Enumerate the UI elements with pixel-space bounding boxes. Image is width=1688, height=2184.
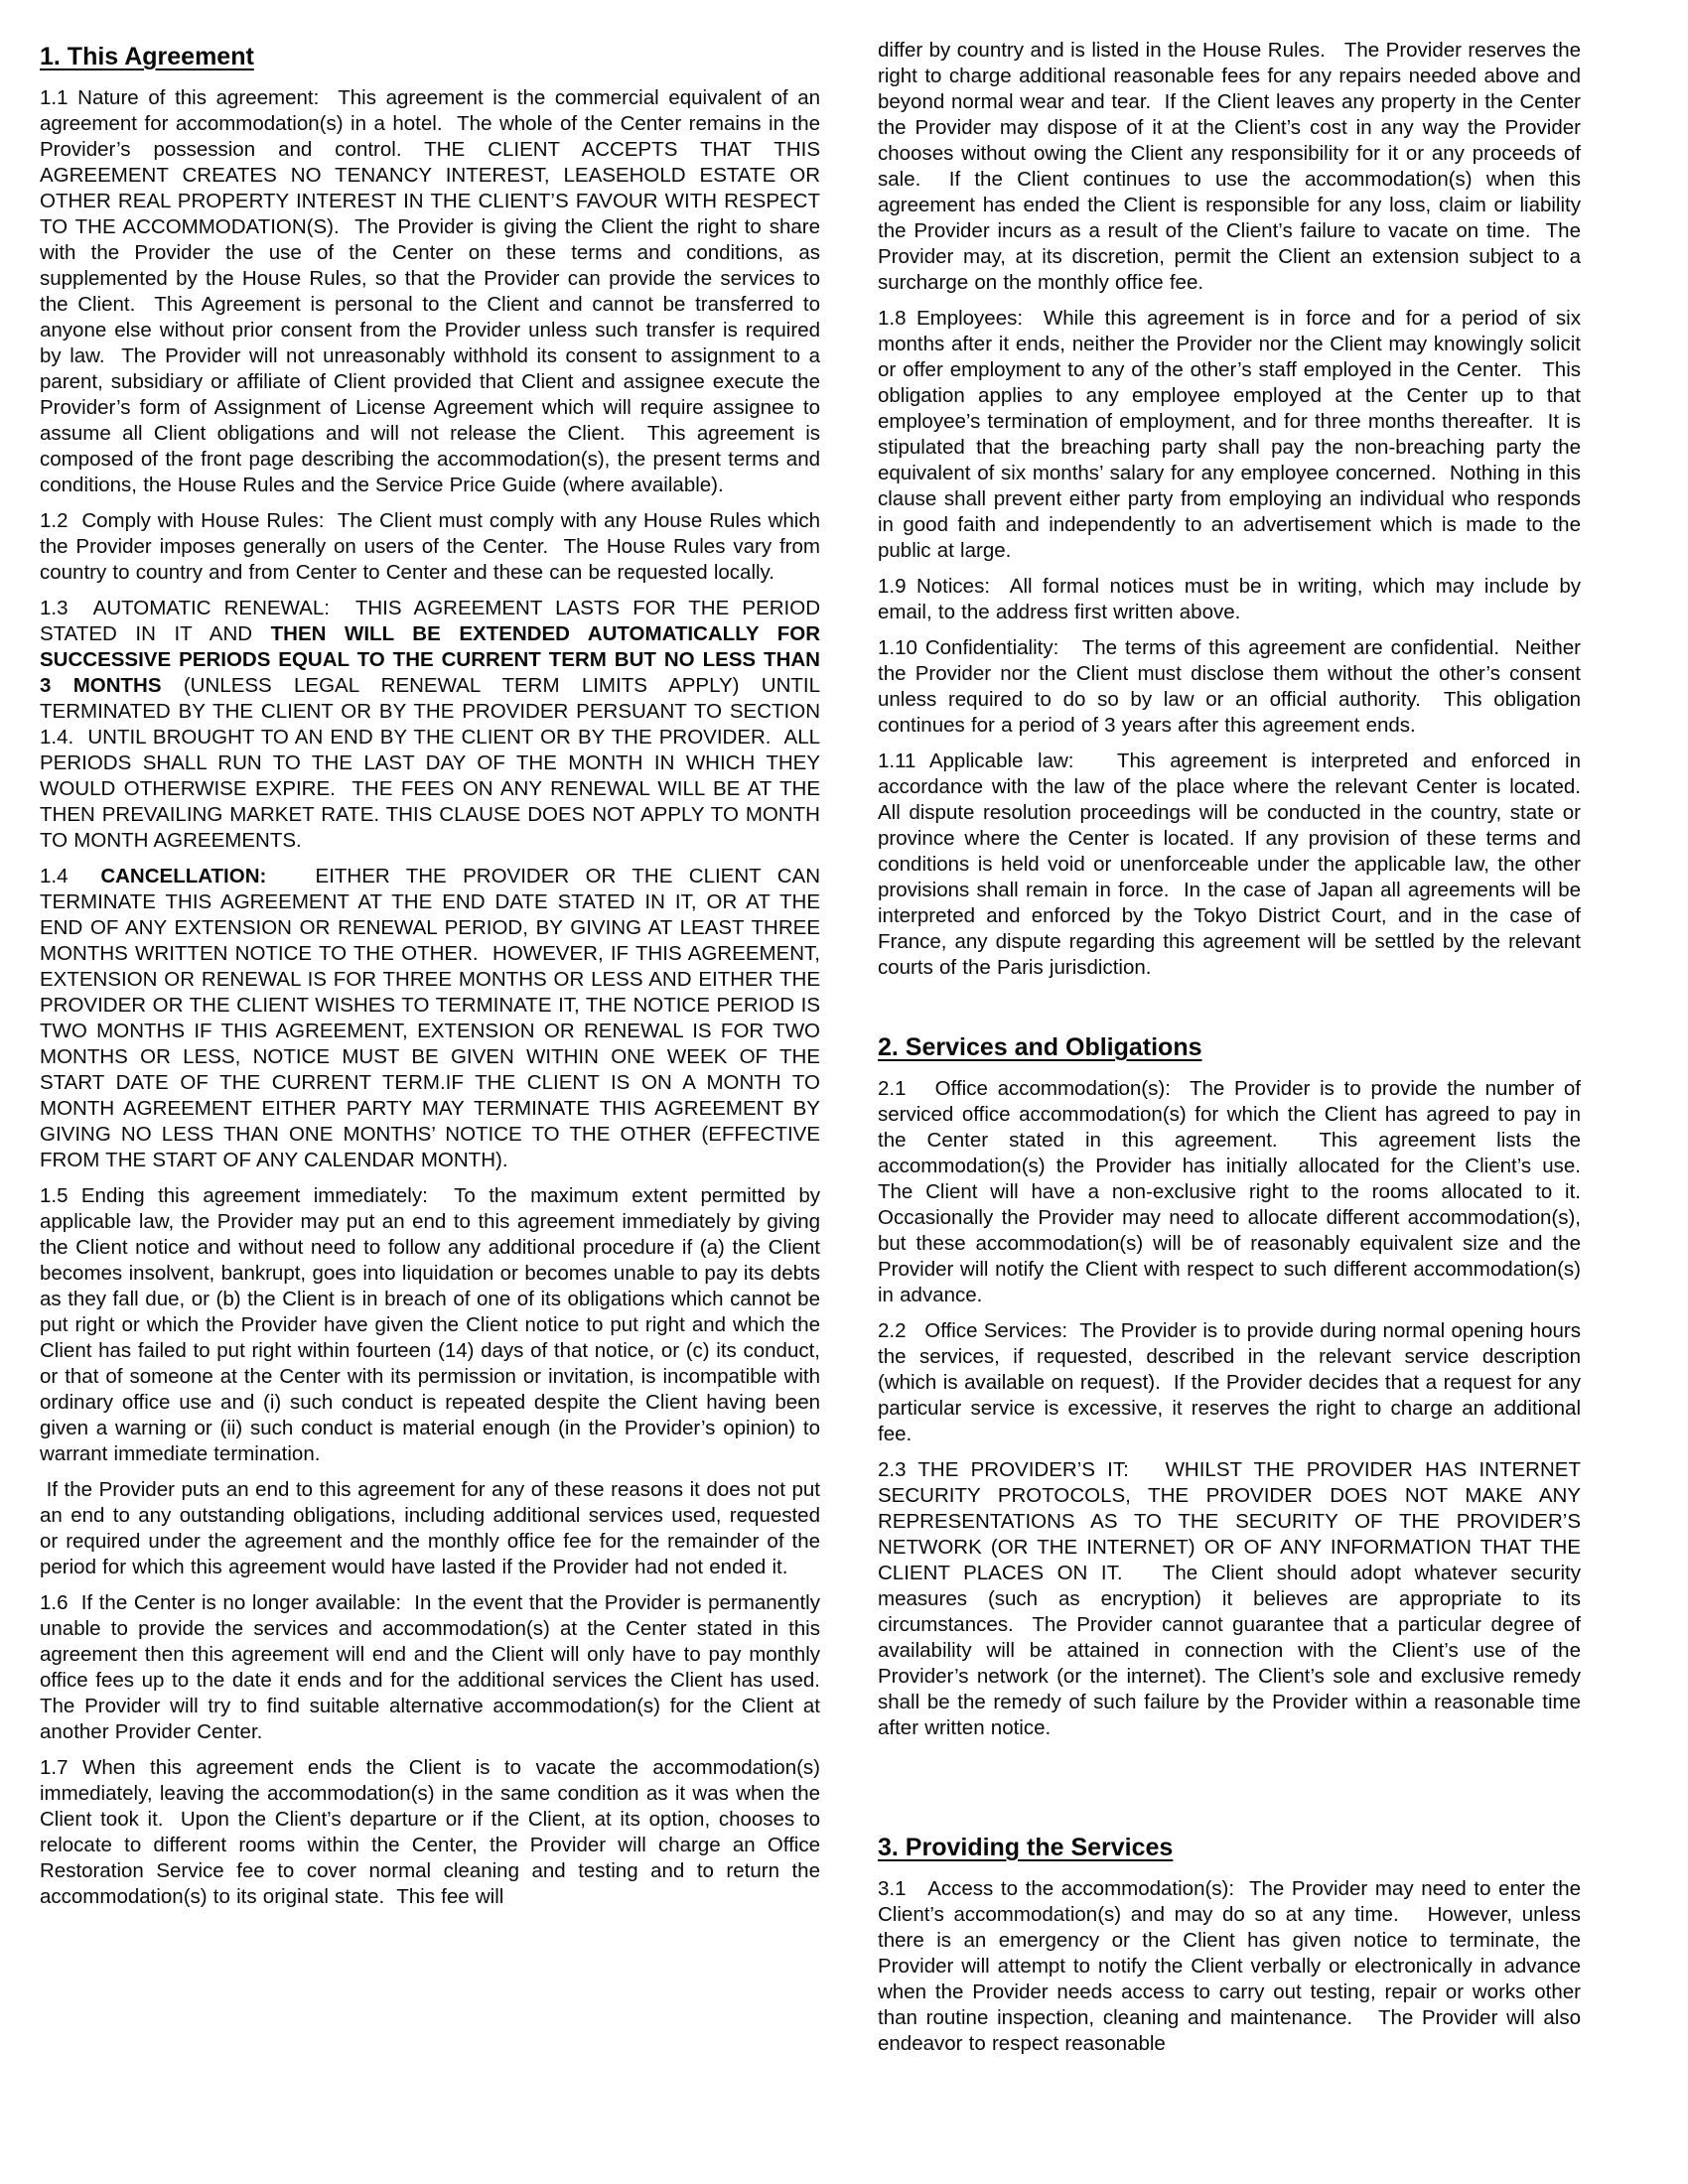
clause-1-3: 1.3 AUTOMATIC RENEWAL: THIS AGREEMENT LA… bbox=[40, 596, 820, 854]
clause-1-1: 1.1 Nature of this agreement: This agree… bbox=[40, 85, 820, 498]
document-page: 1. This Agreement 1.1 Nature of this agr… bbox=[0, 0, 1688, 2184]
section-heading-2-text: 2. Services and Obligations bbox=[878, 1033, 1202, 1061]
clause-2-3: 2.3 THE PROVIDER’S IT: WHILST THE PROVID… bbox=[878, 1457, 1581, 1741]
clause-1-3-post: (UNLESS LEGAL RENEWAL TERM LIMITS APPLY)… bbox=[40, 674, 826, 852]
clause-1-4-rest: EITHER THE PROVIDER OR THE CLIENT CAN TE… bbox=[40, 865, 826, 1171]
clause-1-11: 1.11 Applicable law: This agreement is i… bbox=[878, 749, 1581, 981]
right-column: differ by country and is listed in the H… bbox=[878, 0, 1581, 2067]
clause-1-6: 1.6 If the Center is no longer available… bbox=[40, 1590, 820, 1745]
clause-1-4-number: 1.4 bbox=[40, 865, 100, 887]
clause-2-1: 2.1 Office accommodation(s): The Provide… bbox=[878, 1076, 1581, 1308]
clause-2-2: 2.2 Office Services: The Provider is to … bbox=[878, 1318, 1581, 1447]
clause-1-8: 1.8 Employees: While this agreement is i… bbox=[878, 306, 1581, 564]
section-heading-1: 1. This Agreement bbox=[40, 42, 820, 71]
clause-1-4-bold: CANCELLATION: bbox=[100, 865, 266, 887]
clause-1-9: 1.9 Notices: All formal notices must be … bbox=[878, 574, 1581, 625]
clause-1-5-continued: If the Provider puts an end to this agre… bbox=[40, 1477, 820, 1580]
clause-1-7-continued: differ by country and is listed in the H… bbox=[878, 38, 1581, 296]
clause-1-2: 1.2 Comply with House Rules: The Client … bbox=[40, 508, 820, 586]
clause-1-4: 1.4 CANCELLATION: EITHER THE PROVIDER OR… bbox=[40, 864, 820, 1173]
section-heading-2: 2. Services and Obligations bbox=[878, 1032, 1581, 1062]
clause-1-10: 1.10 Confidentiality: The terms of this … bbox=[878, 635, 1581, 739]
clause-1-5: 1.5 Ending this agreement immediately: T… bbox=[40, 1183, 820, 1467]
clause-1-7: 1.7 When this agreement ends the Client … bbox=[40, 1755, 820, 1910]
section-heading-3: 3. Providing the Services bbox=[878, 1833, 1581, 1862]
left-column: 1. This Agreement 1.1 Nature of this agr… bbox=[40, 0, 820, 1920]
clause-3-1: 3.1 Access to the accommodation(s): The … bbox=[878, 1876, 1581, 2057]
section-heading-3-text: 3. Providing the Services bbox=[878, 1834, 1173, 1861]
section-heading-1-text: 1. This Agreement bbox=[40, 43, 254, 70]
